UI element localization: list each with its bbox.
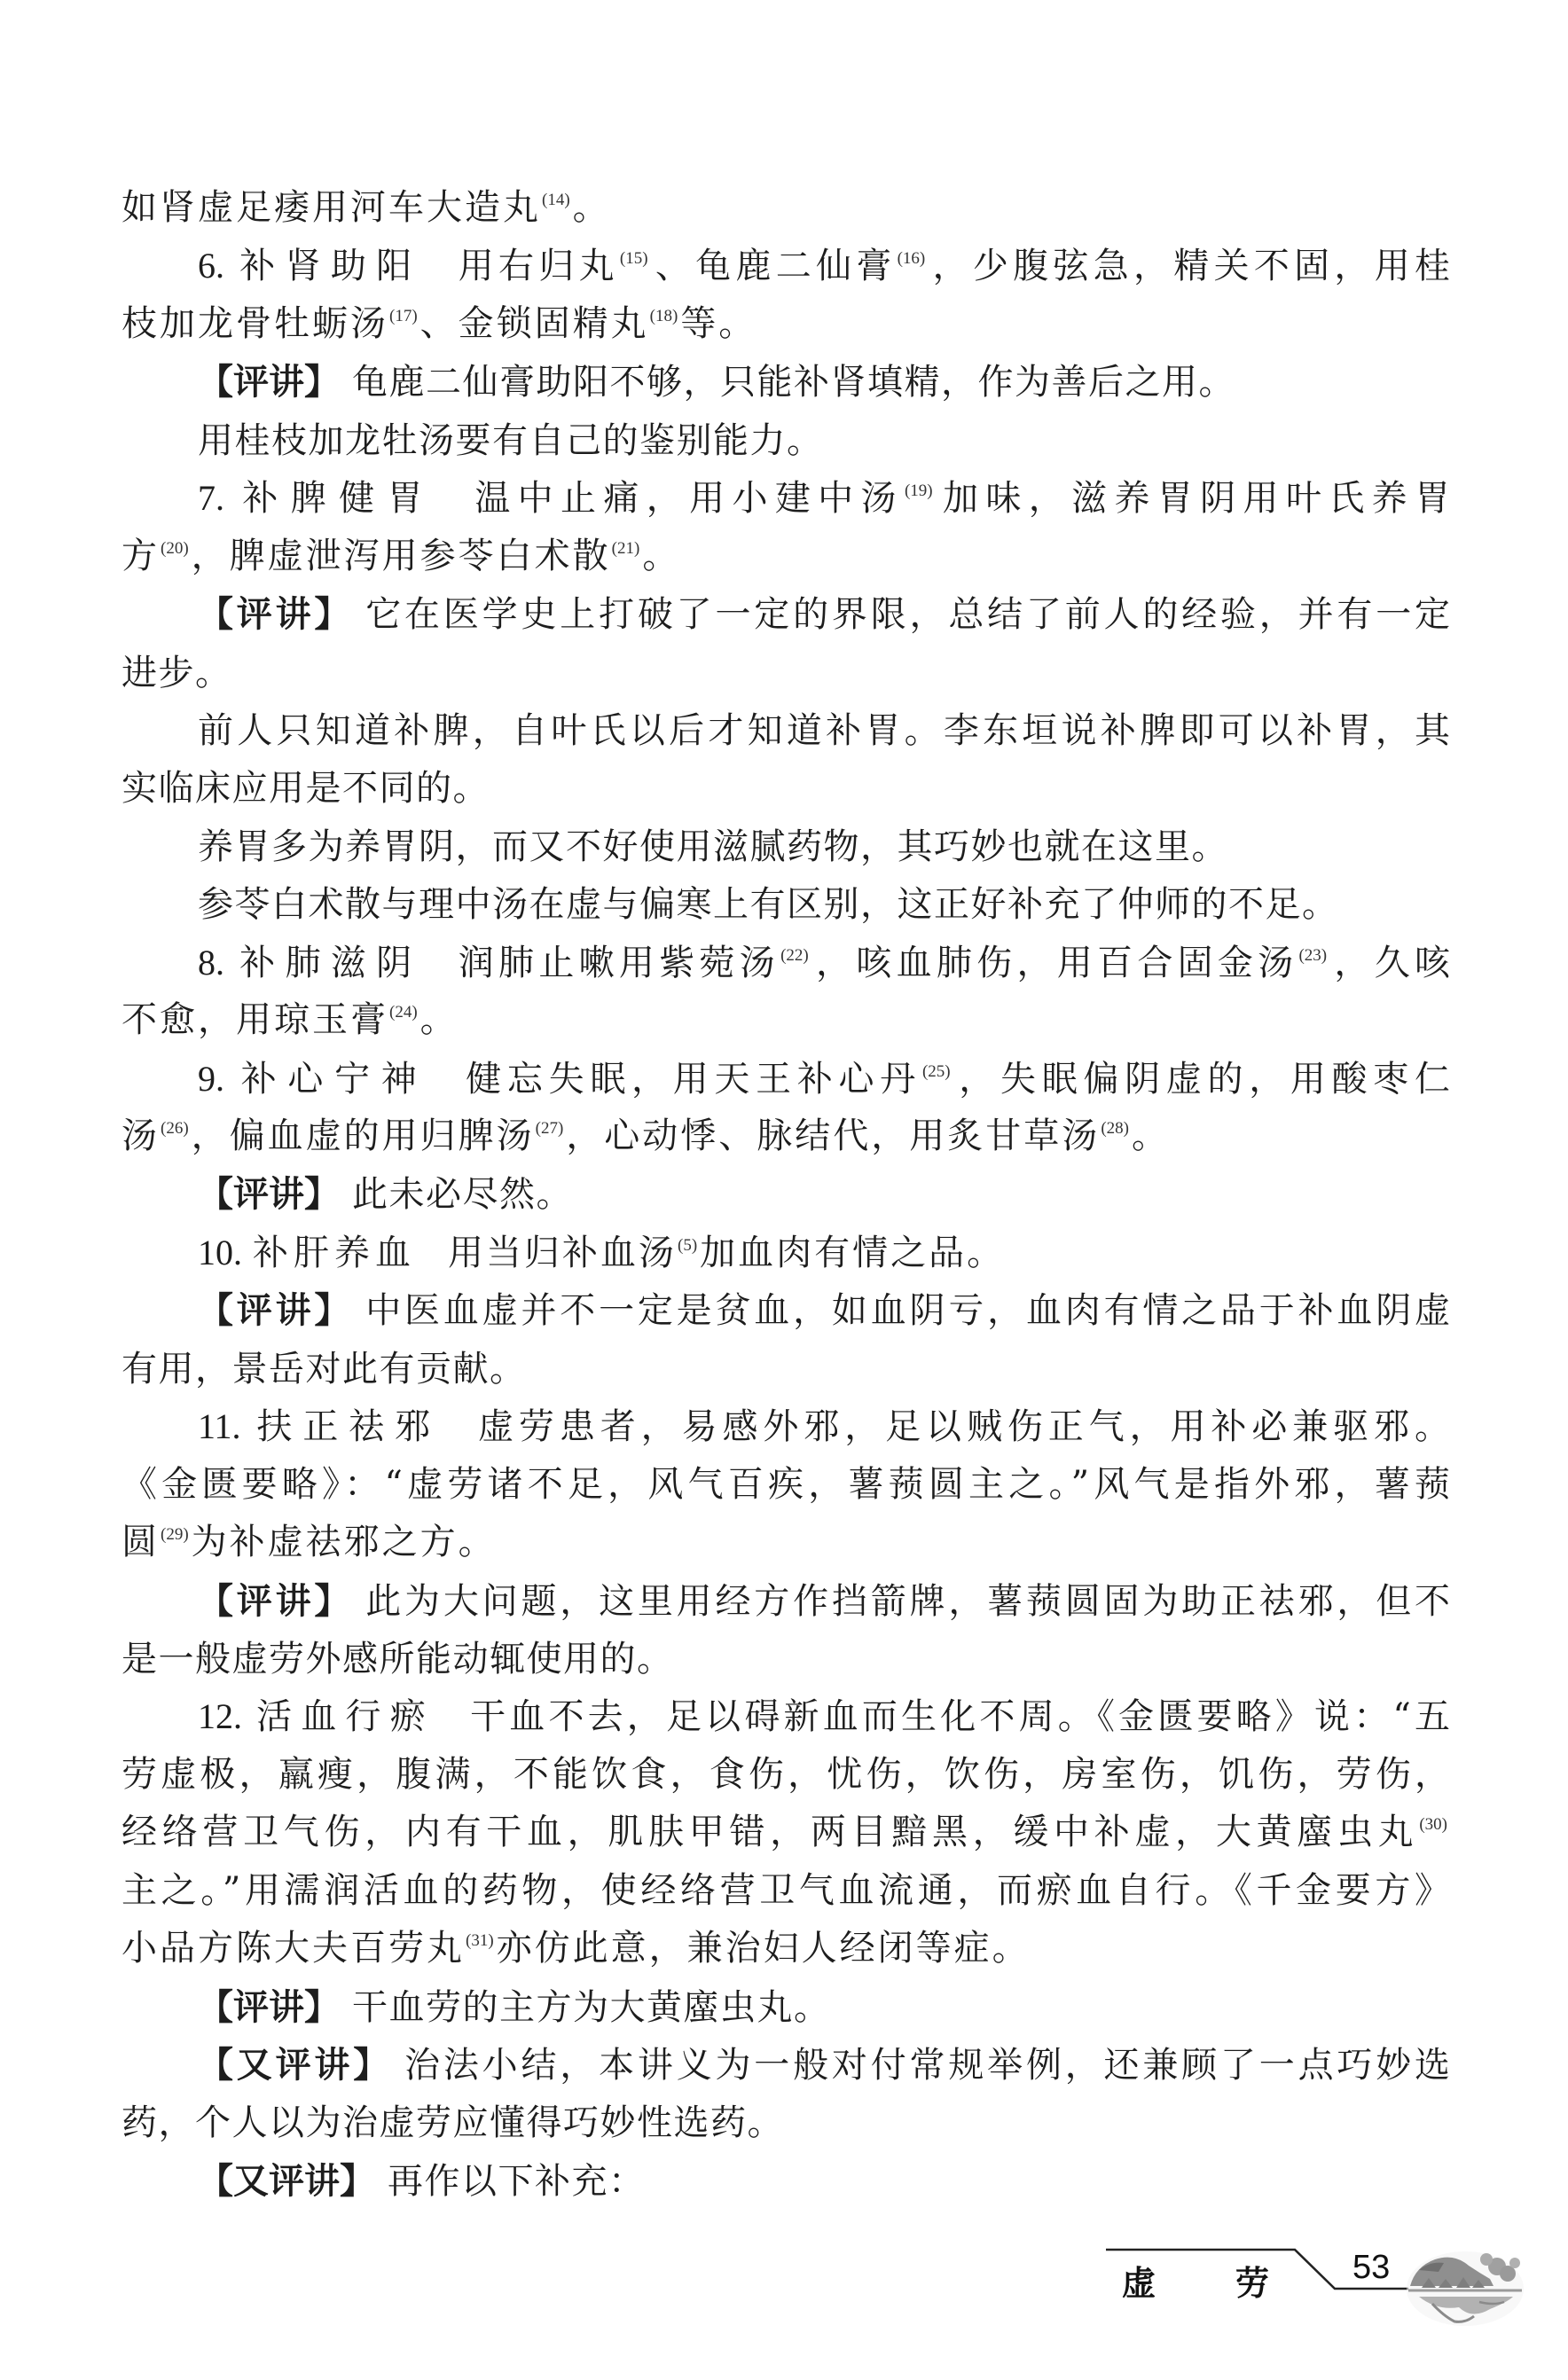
text-run: 加味，滋养胃阴用叶氏养胃 (936, 478, 1450, 519)
text-run: ，失眠偏阴虚的，用酸枣仁 (953, 1059, 1450, 1100)
text-line: 如肾虚足痿用河车大造丸(14)。 (122, 179, 1450, 237)
text-line: 养胃多为养胃阴，而又不好使用滋腻药物，其巧妙也就在这里。 (122, 818, 1450, 875)
text-run: 它在医学史上打破了一定的界限，总结了前人的经验，并有一定 (365, 594, 1450, 634)
text-line: 《金匮要略》：“虚劳诸不足，风气百疾，薯蓣圆主之。”风气是指外邪，薯蓣 (122, 1456, 1450, 1514)
text-run: ，久咳 (1329, 943, 1450, 983)
text-run: 经络营卫气伤，内有干血，肌肤甲错，两目黯黑，缓中补虚，大黄䗪虫丸 (122, 1812, 1418, 1852)
text-run: 圆 (122, 1522, 160, 1562)
text-line: 前人只知道补脾，自叶氏以后才知道补胃。李东垣说补脾即可以补胃，其 (122, 701, 1450, 759)
text-run: 温中止痛，用小建中汤 (467, 478, 904, 519)
text-run: 虚劳患者，易感外邪，足以贼伤正气，用补必兼驱邪。 (473, 1406, 1450, 1447)
text-run: 。 (420, 999, 459, 1040)
paragraph-item: 9.补心宁神健忘失眠，用天王补心丹(25)，失眠偏阴虚的，用酸枣仁汤(26)，偏… (122, 1050, 1450, 1166)
landscape-vignette-icon (1407, 2251, 1524, 2326)
text-run: 此未必尽然。 (352, 1174, 573, 1214)
text-line: 12.活血行瘀干血不去，足以碍新血而生化不周。《金匮要略》说：“五 (122, 1687, 1450, 1745)
comment-label: 【又评讲】 (198, 2161, 375, 2202)
item-number: 8. (198, 943, 224, 983)
text-line: 【又评讲】再作以下补充： (122, 2152, 1450, 2210)
text-line: 8.补肺滋阴润肺止嗽用紫菀汤(22)，咳血肺伤，用百合固金汤(23)，久咳 (122, 934, 1450, 991)
text-run: 汤 (122, 1116, 160, 1156)
paragraph-item: 8.补肺滋阴润肺止嗽用紫菀汤(22)，咳血肺伤，用百合固金汤(23)，久咳不愈，… (122, 934, 1450, 1050)
paragraph-comment: 【又评讲】治法小结，本讲义为一般对付常规举例，还兼顾了一点巧妙选药，个人以为治虚… (122, 2036, 1450, 2152)
item-number: 10. (198, 1233, 242, 1272)
text-line: 9.补心宁神健忘失眠，用天王补心丹(25)，失眠偏阴虚的，用酸枣仁 (122, 1050, 1450, 1108)
text-run: 润肺止嗽用紫菀汤 (453, 943, 780, 983)
footnote-ref: (28) (1101, 1119, 1129, 1138)
item-heading: 扶正祛邪 (252, 1406, 442, 1447)
text-line: 汤(26)，偏血虚的用归脾汤(27)，心动悸、脉结代，用炙甘草汤(28)。 (122, 1108, 1450, 1165)
heading-gap (421, 974, 453, 975)
running-title-char: 虚 (1122, 2266, 1156, 2300)
text-line: 进步。 (122, 644, 1450, 701)
text-line: 【评讲】中医血虚并不一定是贫血，如血阴亏，血肉有情之品于补血阴虚 (122, 1281, 1450, 1339)
page-body-text: 如肾虚足痿用河车大造丸(14)。6.补肾助阳用右归丸(15)、龟鹿二仙膏(16)… (122, 179, 1450, 2210)
footnote-ref: (20) (161, 539, 189, 558)
comment-label: 【评讲】 (198, 1987, 340, 2028)
item-heading: 补心宁神 (235, 1059, 428, 1100)
text-run: 再作以下补充： (388, 2161, 646, 2201)
footnote-ref: (16) (898, 249, 926, 268)
footnote-ref: (19) (905, 481, 933, 500)
text-run: 是一般虚劳外感所能动辄使用的。 (122, 1639, 674, 1679)
heading-gap (428, 1090, 460, 1091)
item-heading: 补肝养血 (253, 1233, 416, 1273)
comment-label: 【评讲】 (198, 1290, 353, 1331)
footnote-ref: (30) (1419, 1815, 1447, 1834)
text-run: ，偏血虚的用归脾汤 (192, 1116, 535, 1156)
text-line: 参苓白术散与理中汤在虚与偏寒上有区别，这正好补充了仲师的不足。 (122, 875, 1450, 933)
text-line: 【评讲】此未必尽然。 (122, 1165, 1450, 1223)
footnote-ref: (14) (542, 191, 570, 209)
paragraph-item: 7.补脾健胃温中止痛，用小建中汤(19)加味，滋养胃阴用叶氏养胃方(20)，脾虚… (122, 469, 1450, 585)
item-heading: 补脾健胃 (235, 478, 435, 519)
paragraph-item: 12.活血行瘀干血不去，足以碍新血而生化不周。《金匮要略》说：“五劳虚极，羸瘦，… (122, 1687, 1450, 1977)
text-line: 主之。”用濡润活血的药物，使经络营卫气血流通，而瘀血自行。《千金要方》 (122, 1862, 1450, 1920)
text-run: 劳虚极，羸瘦，腹满，不能饮食，食伤，忧伤，饮伤，房室伤，饥伤，劳伤， (122, 1754, 1450, 1795)
text-run: 。 (642, 536, 680, 576)
text-run: 。 (573, 187, 611, 228)
footnote-ref: (27) (536, 1119, 564, 1138)
text-run: 干血不去，足以碍新血而生化不周。《金匮要略》说：“五 (466, 1696, 1450, 1737)
paragraph-comment: 【评讲】此为大问题，这里用经方作挡箭牌，薯蓣圆固为助正祛邪，但不是一般虚劳外感所… (122, 1572, 1450, 1688)
text-run: 《金匮要略》：“虚劳诸不足，风气百疾，薯蓣圆主之。”风气是指外邪，薯蓣 (122, 1464, 1450, 1505)
comment-label: 【评讲】 (198, 1581, 353, 1622)
text-line: 【评讲】此为大问题，这里用经方作挡箭牌，薯蓣圆固为助正祛邪，但不 (122, 1572, 1450, 1630)
paragraph-comment: 【评讲】此未必尽然。 (122, 1165, 1450, 1223)
paragraph-note: 参苓白术散与理中汤在虚与偏寒上有区别，这正好补充了仲师的不足。 (122, 875, 1450, 933)
text-line: 有用，景岳对此有贡献。 (122, 1340, 1450, 1397)
text-line: 【评讲】它在医学史上打破了一定的界限，总结了前人的经验，并有一定 (122, 585, 1450, 643)
text-line: 经络营卫气伤，内有干血，肌肤甲错，两目黯黑，缓中补虚，大黄䗪虫丸(30) (122, 1804, 1450, 1861)
text-run: 前人只知道补脾，自叶氏以后才知道补胃。李东垣说补脾即可以补胃，其 (198, 710, 1450, 750)
text-run: 治法小结，本讲义为一般对付常规举例，还兼顾了一点巧妙选 (404, 2045, 1450, 2085)
footnote-ref: (26) (161, 1119, 189, 1138)
text-run: 不愈，用琼玉膏 (122, 999, 388, 1040)
text-run: 药，个人以为治虚劳应懂得巧妙性选药。 (122, 2102, 784, 2142)
paragraph-item: 10.补肝养血用当归补血汤(5)加血肉有情之品。 (122, 1224, 1450, 1281)
paragraph-note: 前人只知道补脾，自叶氏以后才知道补胃。李东垣说补脾即可以补胃，其实临床应用是不同… (122, 701, 1450, 818)
footnote-ref: (23) (1298, 946, 1327, 965)
footnote-ref: (25) (922, 1062, 951, 1081)
text-line: 枝加龙骨牡蛎汤(17)、金锁固精丸(18)等。 (122, 295, 1450, 353)
text-run: 小品方陈大夫百劳丸 (122, 1928, 465, 1969)
comment-label: 【评讲】 (198, 594, 353, 635)
comment-label: 【评讲】 (198, 362, 340, 403)
text-line: 7.补脾健胃温中止痛，用小建中汤(19)加味，滋养胃阴用叶氏养胃 (122, 469, 1450, 527)
paragraph-continuation: 如肾虚足痿用河车大造丸(14)。 (122, 179, 1450, 237)
text-line: 圆(29)为补虚祛邪之方。 (122, 1514, 1450, 1571)
text-run: ，少腹弦急，精关不固，用桂 (928, 246, 1450, 286)
text-run: 有用，景岳对此有贡献。 (122, 1349, 527, 1389)
text-run: ，心动悸、脉结代，用炙甘草汤 (566, 1116, 1100, 1156)
text-run: 用桂枝加龙牡汤要有自己的鉴别能力。 (198, 420, 824, 460)
paragraph-note: 养胃多为养胃阴，而又不好使用滋腻药物，其巧妙也就在这里。 (122, 818, 1450, 875)
text-run: 用当归补血汤 (448, 1233, 677, 1273)
text-line: 实临床应用是不同的。 (122, 759, 1450, 817)
item-heading: 补肺滋阴 (235, 943, 421, 983)
text-run: 亦仿此意，兼治妇人经闭等症。 (497, 1928, 1031, 1969)
text-run: 养胃多为养胃阴，而又不好使用滋腻药物，其巧妙也就在这里。 (198, 826, 1228, 866)
paragraph-comment: 【又评讲】再作以下补充： (122, 2152, 1450, 2210)
item-heading: 补肾助阳 (235, 246, 421, 286)
paragraph-comment: 【评讲】干血劳的主方为大黄䗪虫丸。 (122, 1978, 1450, 2036)
text-run: 。 (1132, 1116, 1170, 1156)
text-line: 10.补肝养血用当归补血汤(5)加血肉有情之品。 (122, 1224, 1450, 1281)
heading-gap (421, 277, 453, 278)
text-run: 如肾虚足痿用河车大造丸 (122, 187, 541, 228)
footnote-ref: (21) (612, 539, 640, 558)
paragraph-item: 11.扶正祛邪虚劳患者，易感外邪，足以贼伤正气，用补必兼驱邪。《金匮要略》：“虚… (122, 1397, 1450, 1571)
text-line: 6.补肾助阳用右归丸(15)、龟鹿二仙膏(16)，少腹弦急，精关不固，用桂 (122, 237, 1450, 294)
paragraph-comment: 【评讲】它在医学史上打破了一定的界限，总结了前人的经验，并有一定进步。 (122, 585, 1450, 701)
paragraph-comment: 【评讲】中医血虚并不一定是贫血，如血阴亏，血肉有情之品于补血阴虚有用，景岳对此有… (122, 1281, 1450, 1397)
text-run: 此为大问题，这里用经方作挡箭牌，薯蓣圆固为助正祛邪，但不 (365, 1581, 1450, 1621)
text-run: 加血肉有情之品。 (700, 1233, 1005, 1273)
text-run: 为补虚祛邪之方。 (192, 1522, 497, 1562)
item-number: 7. (198, 478, 224, 518)
text-line: 11.扶正祛邪虚劳患者，易感外邪，足以贼伤正气，用补必兼驱邪。 (122, 1397, 1450, 1455)
text-line: 小品方陈大夫百劳丸(31)亦仿此意，兼治妇人经闭等症。 (122, 1920, 1450, 1977)
text-line: 不愈，用琼玉膏(24)。 (122, 991, 1450, 1049)
text-run: 、龟鹿二仙膏 (651, 246, 897, 286)
item-number: 11. (198, 1406, 241, 1446)
text-run: 参苓白术散与理中汤在虚与偏寒上有区别，这正好补充了仲师的不足。 (198, 884, 1339, 924)
comment-label: 【评讲】 (198, 1174, 340, 1215)
heading-gap (441, 1437, 473, 1438)
text-line: 劳虚极，羸瘦，腹满，不能饮食，食伤，忧伤，饮伤，房室伤，饥伤，劳伤， (122, 1746, 1450, 1804)
text-run: 枝加龙骨牡蛎汤 (122, 303, 388, 344)
text-run: 中医血虚并不一定是贫血，如血阴亏，血肉有情之品于补血阴虚 (365, 1290, 1450, 1330)
heading-gap (416, 1264, 448, 1264)
page-number: 53 (1352, 2251, 1390, 2284)
footnote-ref: (24) (389, 1003, 418, 1022)
footnote-ref: (18) (650, 307, 678, 325)
text-line: 药，个人以为治虚劳应懂得巧妙性选药。 (122, 2094, 1450, 2151)
item-number: 6. (198, 246, 224, 286)
text-line: 【又评讲】治法小结，本讲义为一般对付常规举例，还兼顾了一点巧妙选 (122, 2036, 1450, 2094)
paragraph-note: 用桂枝加龙牡汤要有自己的鉴别能力。 (122, 411, 1450, 469)
text-run: 等。 (680, 303, 757, 344)
paragraph-comment: 【评讲】龟鹿二仙膏助阳不够，只能补肾填精，作为善后之用。 (122, 353, 1450, 411)
text-run: 健忘失眠，用天王补心丹 (460, 1059, 921, 1100)
text-line: 【评讲】龟鹿二仙膏助阳不够，只能补肾填精，作为善后之用。 (122, 353, 1450, 411)
text-run: 干血劳的主方为大黄䗪虫丸。 (352, 1987, 831, 2027)
paragraph-item: 6.补肾助阳用右归丸(15)、龟鹿二仙膏(16)，少腹弦急，精关不固，用桂枝加龙… (122, 237, 1450, 353)
comment-label: 【又评讲】 (198, 2045, 392, 2086)
item-heading: 活血行瘀 (253, 1696, 435, 1737)
heading-gap (435, 509, 467, 510)
text-run: 用右归丸 (453, 246, 618, 286)
text-line: 【评讲】干血劳的主方为大黄䗪虫丸。 (122, 1978, 1450, 2036)
text-run: 进步。 (122, 653, 232, 693)
text-run: 主之。”用濡润活血的药物，使经络营卫气血流通，而瘀血自行。《千金要方》 (122, 1870, 1450, 1911)
footnote-ref: (29) (161, 1525, 189, 1544)
text-run: 龟鹿二仙膏助阳不够，只能补肾填精，作为善后之用。 (352, 362, 1235, 402)
item-number: 9. (198, 1059, 224, 1099)
text-run: 方 (122, 536, 160, 576)
text-line: 方(20)，脾虚泄泻用参苓白术散(21)。 (122, 528, 1450, 585)
footnote-ref: (17) (389, 307, 418, 325)
footnote-ref: (15) (620, 249, 648, 268)
text-run: ，咳血肺伤，用百合固金汤 (811, 943, 1298, 983)
text-run: 实临床应用是不同的。 (122, 768, 490, 808)
text-run: ，脾虚泄泻用参苓白术散 (192, 536, 611, 576)
text-run: 、金锁固精丸 (420, 303, 649, 344)
text-line: 用桂枝加龙牡汤要有自己的鉴别能力。 (122, 411, 1450, 469)
heading-gap (435, 1727, 466, 1728)
footnote-ref: (22) (780, 946, 809, 965)
text-line: 是一般虚劳外感所能动辄使用的。 (122, 1630, 1450, 1687)
running-title-char: 劳 (1235, 2266, 1269, 2300)
footnote-ref: (31) (466, 1931, 494, 1950)
footnote-ref: (5) (678, 1236, 697, 1255)
item-number: 12. (198, 1696, 242, 1736)
